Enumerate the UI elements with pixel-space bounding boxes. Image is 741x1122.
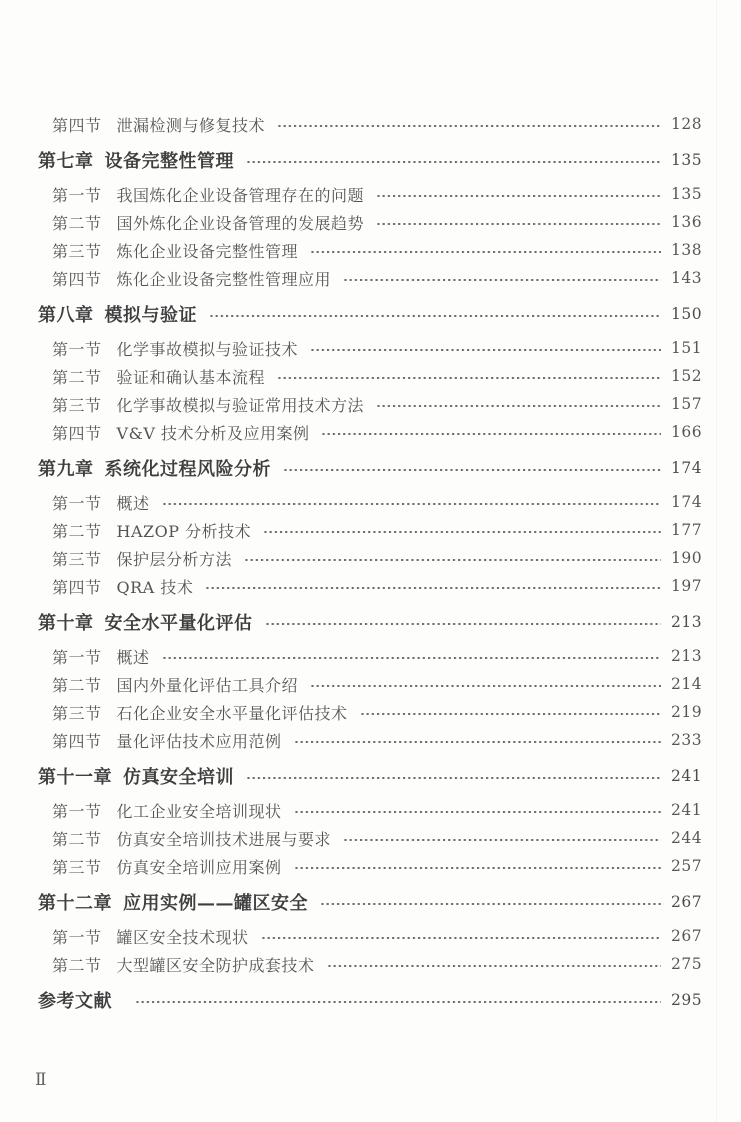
references-entry: 参考文献295 (38, 986, 699, 1014)
dot-leader (244, 544, 661, 572)
entry-page-number: 128 (671, 115, 699, 133)
entry-label: 第四节 (52, 575, 102, 598)
entry-title: 仿真安全培训应用案例 (117, 855, 282, 878)
section-entry: 第二节大型罐区安全防护成套技术275 (38, 950, 699, 978)
entry-title: HAZOP 分析技术 (117, 519, 252, 542)
dot-leader (135, 986, 661, 1014)
dot-leader (265, 608, 662, 636)
entry-page-number: 143 (671, 269, 699, 287)
dot-leader (321, 418, 661, 446)
entry-label: 第三节 (52, 239, 102, 262)
entry-title: 大型罐区安全防护成套技术 (117, 953, 315, 976)
scanned-toc-page: 第四节泄漏检测与修复技术128第七章设备完整性管理135第一节我国炼化企业设备管… (0, 0, 741, 1122)
entry-label: 第七章 (38, 147, 94, 173)
entry-title: 化学事故模拟与验证技术 (117, 337, 299, 360)
entry-page-number: 190 (671, 549, 699, 567)
entry-page-number: 138 (671, 241, 699, 259)
entry-page-number: 219 (671, 703, 699, 721)
entry-title: 炼化企业设备完整性管理 (117, 239, 299, 262)
entry-label: 第三节 (52, 393, 102, 416)
entry-title: QRA 技术 (117, 575, 194, 598)
entry-label: 第一节 (52, 925, 102, 948)
entry-page-number: 241 (671, 801, 699, 819)
entry-title: 量化评估技术应用范例 (117, 729, 282, 752)
entry-label: 第二节 (52, 673, 102, 696)
chapter-entry: 第十二章应用实例——罐区安全267 (38, 888, 699, 916)
entry-title: 应用实例——罐区安全 (123, 889, 308, 915)
section-entry: 第一节化学事故模拟与验证技术151 (38, 334, 699, 362)
entry-page-number: 150 (671, 305, 699, 323)
section-entry: 第二节国外炼化企业设备管理的发展趋势136 (38, 208, 699, 236)
entry-label: 第二节 (52, 519, 102, 542)
entry-label: 第一节 (52, 491, 102, 514)
dot-leader (246, 146, 661, 174)
entry-page-number: 174 (671, 459, 699, 477)
entry-title: 概述 (117, 491, 150, 514)
entry-title: 我国炼化企业设备管理存在的问题 (117, 183, 365, 206)
entry-label: 第三节 (52, 547, 102, 570)
dot-leader (310, 670, 661, 698)
section-entry: 第二节验证和确认基本流程152 (38, 362, 699, 390)
entry-title: 仿真安全培训 (123, 763, 234, 789)
entry-label: 第十一章 (38, 763, 112, 789)
chapter-entry: 第十章安全水平量化评估213 (38, 608, 699, 636)
dot-leader (294, 726, 661, 754)
dot-leader (162, 642, 661, 670)
entry-page-number: 241 (671, 767, 699, 785)
dot-leader (343, 824, 661, 852)
section-entry: 第二节国内外量化评估工具介绍214 (38, 670, 699, 698)
dot-leader (277, 110, 661, 138)
entry-title: 化学事故模拟与验证常用技术方法 (117, 393, 365, 416)
section-entry: 第一节概述174 (38, 488, 699, 516)
entry-label: 第二节 (52, 827, 102, 850)
dot-leader (327, 950, 661, 978)
dot-leader (277, 362, 661, 390)
section-entry: 第四节量化评估技术应用范例233 (38, 726, 699, 754)
section-entry: 第四节炼化企业设备完整性管理应用143 (38, 264, 699, 292)
entry-page-number: 151 (671, 339, 699, 357)
entry-page-number: 135 (671, 185, 699, 203)
dot-leader (162, 488, 661, 516)
entry-title: 模拟与验证 (105, 301, 198, 327)
entry-label: 第四节 (52, 421, 102, 444)
entry-label: 第二节 (52, 365, 102, 388)
entry-title: 国内外量化评估工具介绍 (117, 673, 299, 696)
section-entry: 第三节石化企业安全水平量化评估技术219 (38, 698, 699, 726)
dot-leader (376, 180, 661, 208)
entry-page-number: 157 (671, 395, 699, 413)
entry-title: 概述 (117, 645, 150, 668)
entry-label: 第四节 (52, 267, 102, 290)
section-entry: 第二节HAZOP 分析技术177 (38, 516, 699, 544)
entry-label: 第一节 (52, 799, 102, 822)
section-entry: 第三节炼化企业设备完整性管理138 (38, 236, 699, 264)
section-entry: 第四节泄漏检测与修复技术128 (38, 110, 699, 138)
entry-page-number: 177 (671, 521, 699, 539)
dot-leader (320, 888, 661, 916)
entry-title: 泄漏检测与修复技术 (117, 113, 266, 136)
section-entry: 第三节仿真安全培训应用案例257 (38, 852, 699, 880)
entry-page-number: 244 (671, 829, 699, 847)
entry-title: 化工企业安全培训现状 (117, 799, 282, 822)
entry-page-number: 233 (671, 731, 699, 749)
dot-leader (263, 516, 661, 544)
table-of-contents: 第四节泄漏检测与修复技术128第七章设备完整性管理135第一节我国炼化企业设备管… (0, 0, 741, 1014)
dot-leader (376, 208, 661, 236)
entry-page-number: 135 (671, 151, 699, 169)
section-entry: 第四节QRA 技术197 (38, 572, 699, 600)
dot-leader (261, 922, 661, 950)
entry-title: 系统化过程风险分析 (105, 455, 272, 481)
entry-page-number: 166 (671, 423, 699, 441)
section-entry: 第二节仿真安全培训技术进展与要求244 (38, 824, 699, 852)
entry-title: 石化企业安全水平量化评估技术 (117, 701, 348, 724)
entry-label: 第十二章 (38, 889, 112, 915)
entry-title: 罐区安全技术现状 (117, 925, 249, 948)
entry-label: 第一节 (52, 337, 102, 360)
section-entry: 第一节化工企业安全培训现状241 (38, 796, 699, 824)
entry-page-number: 295 (671, 991, 699, 1009)
dot-leader (205, 572, 661, 600)
entry-label: 第十章 (38, 609, 94, 635)
entry-page-number: 197 (671, 577, 699, 595)
entry-title: 炼化企业设备完整性管理应用 (117, 267, 332, 290)
entry-label: 参考文献 (38, 987, 112, 1013)
dot-leader (360, 698, 661, 726)
entry-page-number: 152 (671, 367, 699, 385)
page-number: Ⅱ (35, 1070, 47, 1090)
chapter-entry: 第九章系统化过程风险分析174 (38, 454, 699, 482)
entry-page-number: 257 (671, 857, 699, 875)
entry-label: 第九章 (38, 455, 94, 481)
entry-title: 验证和确认基本流程 (117, 365, 266, 388)
chapter-entry: 第八章模拟与验证150 (38, 300, 699, 328)
dot-leader (209, 300, 661, 328)
entry-label: 第四节 (52, 113, 102, 136)
entry-label: 第三节 (52, 701, 102, 724)
entry-page-number: 267 (671, 893, 699, 911)
section-entry: 第一节概述213 (38, 642, 699, 670)
section-entry: 第三节化学事故模拟与验证常用技术方法157 (38, 390, 699, 418)
entry-title: 设备完整性管理 (105, 147, 235, 173)
entry-label: 第一节 (52, 183, 102, 206)
section-entry: 第三节保护层分析方法190 (38, 544, 699, 572)
dot-leader (246, 762, 661, 790)
entry-label: 第四节 (52, 729, 102, 752)
entry-label: 第三节 (52, 855, 102, 878)
entry-page-number: 136 (671, 213, 699, 231)
dot-leader (310, 236, 661, 264)
entry-label: 第一节 (52, 645, 102, 668)
entry-title: V&V 技术分析及应用案例 (117, 421, 310, 444)
entry-title: 国外炼化企业设备管理的发展趋势 (117, 211, 365, 234)
entry-page-number: 174 (671, 493, 699, 511)
entry-page-number: 213 (671, 613, 699, 631)
entry-page-number: 267 (671, 927, 699, 945)
dot-leader (283, 454, 661, 482)
entry-title: 安全水平量化评估 (105, 609, 253, 635)
chapter-entry: 第十一章仿真安全培训241 (38, 762, 699, 790)
dot-leader (294, 852, 661, 880)
entry-label: 第二节 (52, 211, 102, 234)
dot-leader (294, 796, 661, 824)
section-entry: 第一节我国炼化企业设备管理存在的问题135 (38, 180, 699, 208)
entry-title: 仿真安全培训技术进展与要求 (117, 827, 332, 850)
dot-leader (343, 264, 661, 292)
section-entry: 第四节V&V 技术分析及应用案例166 (38, 418, 699, 446)
entry-label: 第八章 (38, 301, 94, 327)
chapter-entry: 第七章设备完整性管理135 (38, 146, 699, 174)
dot-leader (310, 334, 661, 362)
entry-page-number: 214 (671, 675, 699, 693)
entry-label: 第二节 (52, 953, 102, 976)
entry-page-number: 213 (671, 647, 699, 665)
entry-page-number: 275 (671, 955, 699, 973)
entry-title: 保护层分析方法 (117, 547, 233, 570)
section-entry: 第一节罐区安全技术现状267 (38, 922, 699, 950)
dot-leader (376, 390, 661, 418)
